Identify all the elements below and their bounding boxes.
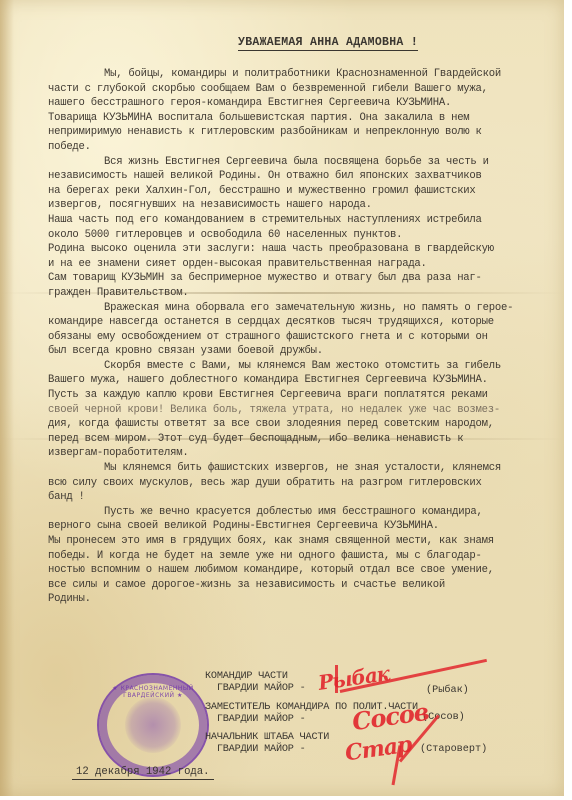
letter-line: извергам-поработителям. — [48, 446, 554, 461]
stamp-emblem-icon — [125, 697, 181, 753]
official-stamp: ★ КРАСНОЗНАМЕННЫЙ ГВАРДЕЙСКИЙ ★ — [97, 673, 209, 777]
letter-line: гражден Правительством. — [48, 286, 554, 301]
letter-line: Родина высоко оценила эти заслуги: наша … — [48, 242, 554, 257]
signature-block-chief-of-staff: НАЧАЛЬНИК ШТАБА ЧАСТИ ГВАРДИИ МАЙОР - — [205, 732, 329, 755]
paper-edge-stain — [0, 0, 14, 796]
signature-position: КОМАНДИР ЧАСТИ — [205, 671, 288, 682]
letter-line: Пусть за каждую каплю крови Евстигнея Се… — [48, 388, 554, 403]
letter-line: победе. — [48, 140, 554, 155]
letter-line: Вся жизнь Евстигнея Сергеевича была посв… — [48, 155, 554, 170]
letter-line: непримиримую ненависть к гитлеровским ра… — [48, 125, 554, 140]
signature-rank: ГВАРДИИ МАЙОР - — [217, 714, 306, 725]
signature-rank: ГВАРДИИ МАЙОР - — [217, 744, 306, 755]
letter-line: был всегда кровно связан узами боевой др… — [48, 344, 554, 359]
letter-line: около 5000 гитлеровцев и освободила 60 н… — [48, 228, 554, 243]
letter-line: Вражеская мина оборвала его замечательну… — [48, 301, 554, 316]
letter-line: победы. И когда не будет на земле уже ни… — [48, 549, 554, 564]
letter-line: все силы и самое дорогое-жизнь за незави… — [48, 578, 554, 593]
letter-line: банд ! — [48, 490, 554, 505]
letter-line: своей черной крови! Велика боль, тяжела … — [48, 403, 554, 418]
letter-line: верного сына своей великой Родины-Евстиг… — [48, 519, 554, 534]
handwritten-signature: Стар — [344, 732, 413, 767]
letter-line: Пусть же вечно красуется доблестью имя б… — [48, 505, 554, 520]
letter-line: Родины. — [48, 592, 554, 607]
letter-salutation: УВАЖАЕМАЯ АННА АДАМОВНА ! — [238, 36, 418, 51]
letter-line: Товарища КУЗЬМИНА воспитала большевистск… — [48, 111, 554, 126]
letter-line: и на ее знамени сияет орден-высокая прав… — [48, 257, 554, 272]
signature-position: НАЧАЛЬНИК ШТАБА ЧАСТИ — [205, 732, 329, 743]
letter-line: командире навсегда останется в сердцах д… — [48, 315, 554, 330]
letter-line: на берегах реки Халхин-Гол, бесстрашно и… — [48, 184, 554, 199]
letter-line: нашего бесстрашного героя-командира Евст… — [48, 96, 554, 111]
letter-date: 12 декабря 1942 года. — [72, 766, 214, 780]
letter-line: ностью вспомним о нашем любимом командир… — [48, 563, 554, 578]
letter-line: Мы пронесем это имя в грядущих боях, как… — [48, 534, 554, 549]
signature-name: (Рыбак) — [426, 685, 469, 696]
letter-line: Скорбя вместе с Вами, мы клянемся Вам же… — [48, 359, 554, 374]
letter-line: Сам товарищ КУЗЬМИН за беспримерное муже… — [48, 271, 554, 286]
signature-name: (Староверт) — [420, 744, 487, 755]
letter-line: Вашего мужа, нашего доблестного командир… — [48, 373, 554, 388]
letter-line: извергов, посягнувших на независимость н… — [48, 198, 554, 213]
letter-line: Мы клянемся бить фашистских извергов, не… — [48, 461, 554, 476]
letter-line: обязаны ему освобождением от страшного ф… — [48, 330, 554, 345]
letter-line: дия, когда фашисты ответят за все свои з… — [48, 417, 554, 432]
letter-body: Мы, бойцы, командиры и политработники Кр… — [48, 67, 554, 607]
letter-line: Мы, бойцы, командиры и политработники Кр… — [48, 67, 554, 82]
letter-paper: УВАЖАЕМАЯ АННА АДАМОВНА ! Мы, бойцы, ком… — [0, 0, 564, 796]
letter-line: части с глубокой скорбью сообщаем Вам о … — [48, 82, 554, 97]
letter-line: независимость нашей великой Родины. Он о… — [48, 169, 554, 184]
letter-line: Наша часть под его командованием в стрем… — [48, 213, 554, 228]
signature-stroke — [335, 665, 338, 693]
signature-rank: ГВАРДИИ МАЙОР - — [217, 683, 306, 694]
signature-block-commander: КОМАНДИР ЧАСТИ ГВАРДИИ МАЙОР - — [205, 671, 306, 694]
letter-line: перед всем миром. Этот суд будет беспоща… — [48, 432, 554, 447]
letter-line: всю силу своих мускулов, весь жар души о… — [48, 476, 554, 491]
